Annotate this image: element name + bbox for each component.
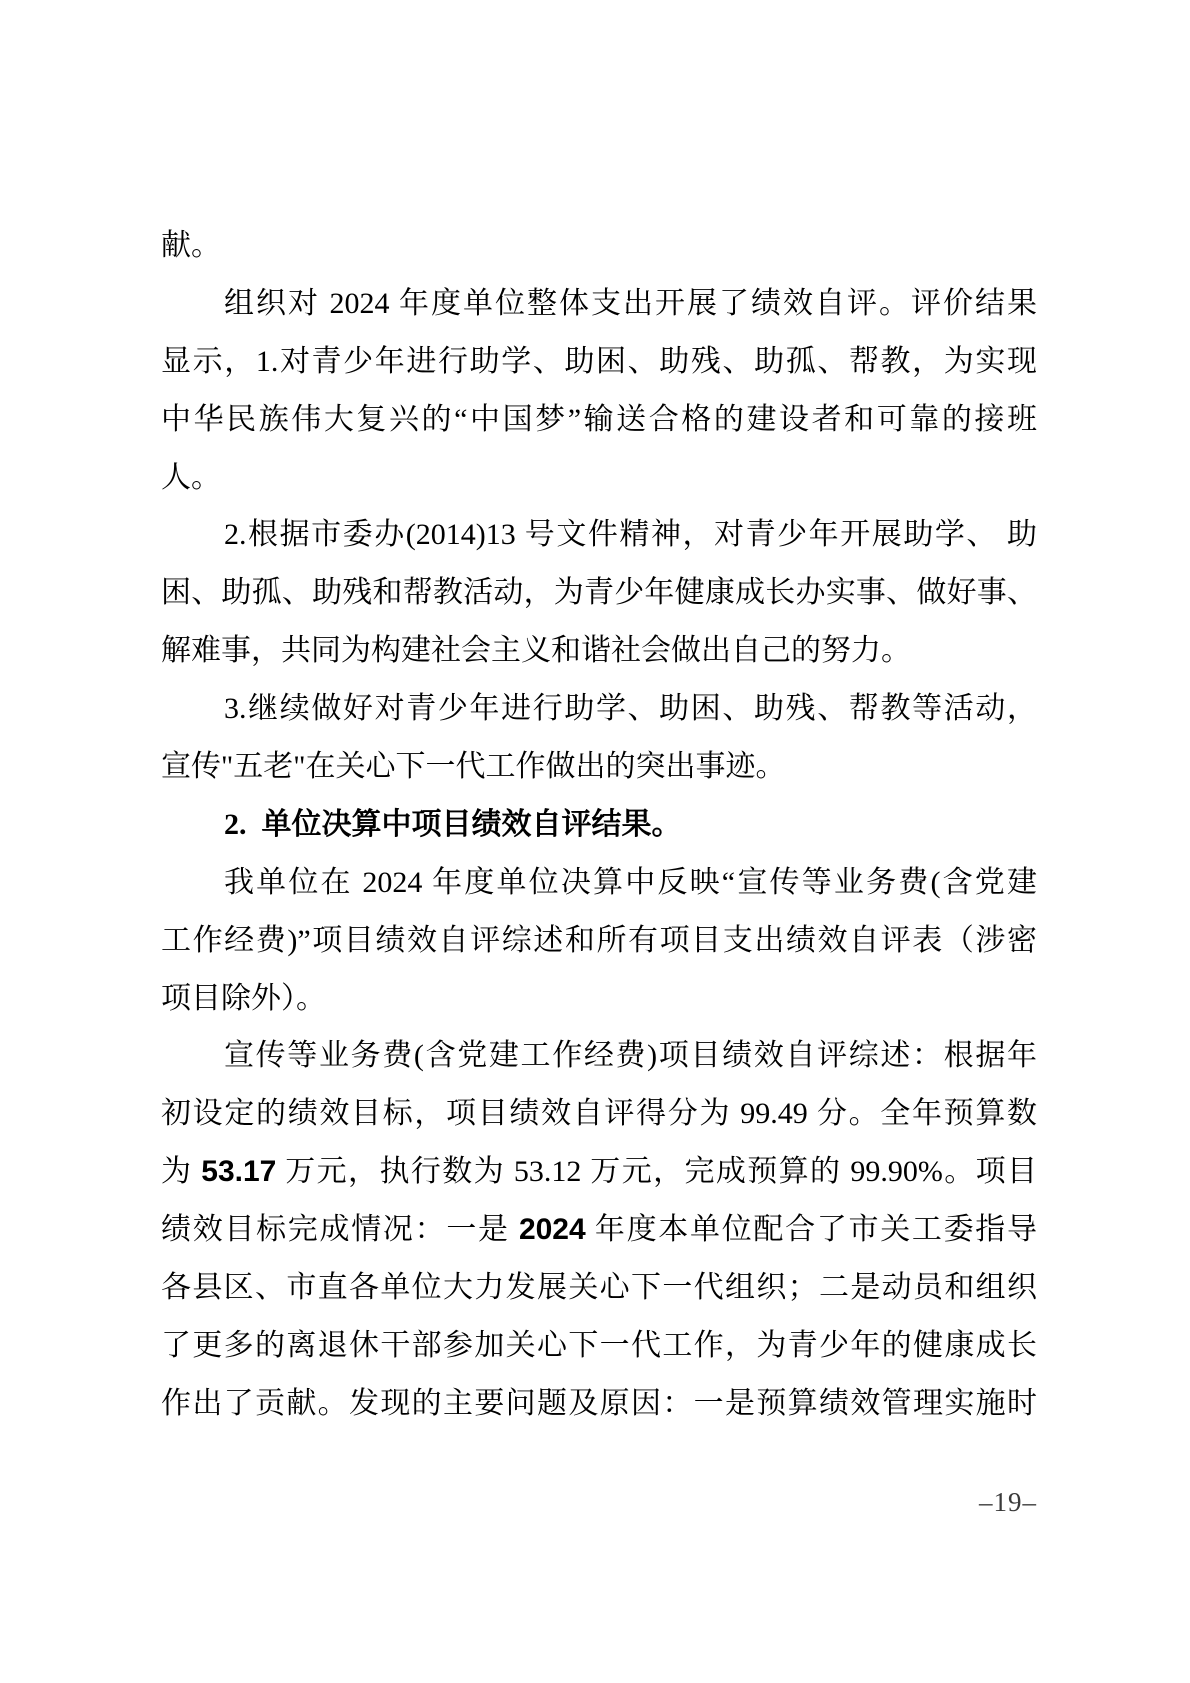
text-run: 项目除外）。 [161,982,326,1015]
text-line: 宣传"五老"在关心下一代工作做出的突出事迹。 [161,738,1037,796]
text-line: 解难事，共同为构建社会主义和谐社会做出自己的努力。 [161,622,1037,680]
text-run: 作出了贡献。发现的主要问题及原因：一是预算绩效管理实施时 [161,1387,1037,1420]
text-line: 困、助孤、助残和帮教活动，为青少年健康成长办实事、做好事、 [161,564,1037,622]
text-line: 初设定的绩效目标，项目绩效自评得分为 99.49 分。全年预算数 [161,1085,1037,1143]
document-page: 献。组织对 2024 年度单位整体支出开展了绩效自评。评价结果显示，1.对青少年… [0,0,1190,1683]
text-line: 显示，1.对青少年进行助学、助困、助残、助孤、帮教，为实现 [161,333,1037,391]
text-run: 显示，1.对青少年进行助学、助困、助残、助孤、帮教，为实现 [161,345,1037,378]
text-run: 困、助孤、助残和帮教活动，为青少年健康成长办实事、做好事、 [161,576,1037,609]
text-run: 年度本单位配合了市关工委指导 [586,1213,1037,1246]
text-run: 我单位在 2024 年度单位决算中反映“宣传等业务费(含党建 [224,866,1037,899]
text-line: 绩效目标完成情况：一是 2024 年度本单位配合了市关工委指导 [161,1201,1037,1259]
text-run: 献。 [161,229,221,262]
text-line: 组织对 2024 年度单位整体支出开展了绩效自评。评价结果 [161,275,1037,333]
text-line: 我单位在 2024 年度单位决算中反映“宣传等业务费(含党建 [161,854,1037,912]
text-run: 万元，执行数为 53.12 万元，完成预算的 99.90%。项目 [276,1155,1037,1188]
text-line: 项目除外）。 [161,970,1037,1028]
text-run: 宣传等业务费(含党建工作经费)项目绩效自评综述：根据年 [224,1039,1037,1072]
text-run: 2.根据市委办(2014)13 号文件精神，对青少年开展助学、 助 [224,518,1037,551]
text-line: 2. 单位决算中项目绩效自评结果。 [161,796,1037,854]
text-run: 各县区、市直各单位大力发展关心下一代组织；二是动员和组织 [161,1271,1037,1304]
text-run: 中华民族伟大复兴的“中国梦”输送合格的建设者和可靠的接班 [161,403,1037,436]
page-number: –19– [979,1487,1037,1517]
text-run: 解难事，共同为构建社会主义和谐社会做出自己的努力。 [161,634,911,667]
text-run: 人。 [161,461,221,494]
text-line: 作出了贡献。发现的主要问题及原因：一是预算绩效管理实施时 [161,1375,1037,1433]
text-line: 各县区、市直各单位大力发展关心下一代组织；二是动员和组织 [161,1259,1037,1317]
text-run: 宣传"五老"在关心下一代工作做出的突出事迹。 [161,750,786,783]
bold-number-run: 2024 [519,1213,586,1246]
text-run: 2. 单位决算中项目绩效自评结果。 [224,808,682,841]
text-line: 为 53.17 万元，执行数为 53.12 万元，完成预算的 99.90%。项目 [161,1143,1037,1201]
text-block: 献。组织对 2024 年度单位整体支出开展了绩效自评。评价结果显示，1.对青少年… [161,217,1037,1433]
text-line: 3.继续做好对青少年进行助学、助困、助残、帮教等活动， [161,680,1037,738]
text-run: 工作经费)”项目绩效自评综述和所有项目支出绩效自评表（涉密 [161,924,1037,957]
text-run: 3.继续做好对青少年进行助学、助困、助残、帮教等活动， [224,692,1037,725]
text-run: 了更多的离退休干部参加关心下一代工作，为青少年的健康成长 [161,1329,1037,1362]
text-line: 宣传等业务费(含党建工作经费)项目绩效自评综述：根据年 [161,1027,1037,1085]
text-line: 工作经费)”项目绩效自评综述和所有项目支出绩效自评表（涉密 [161,912,1037,970]
text-run: 组织对 2024 年度单位整体支出开展了绩效自评。评价结果 [224,287,1037,320]
text-run: 为 [161,1155,201,1188]
text-run: 绩效目标完成情况：一是 [161,1213,519,1246]
text-line: 2.根据市委办(2014)13 号文件精神，对青少年开展助学、 助 [161,506,1037,564]
text-line: 了更多的离退休干部参加关心下一代工作，为青少年的健康成长 [161,1317,1037,1375]
bold-number-run: 53.17 [201,1155,276,1188]
text-line: 献。 [161,217,1037,275]
text-run: 初设定的绩效目标，项目绩效自评得分为 99.49 分。全年预算数 [161,1097,1037,1130]
text-line: 人。 [161,449,1037,507]
text-line: 中华民族伟大复兴的“中国梦”输送合格的建设者和可靠的接班 [161,391,1037,449]
